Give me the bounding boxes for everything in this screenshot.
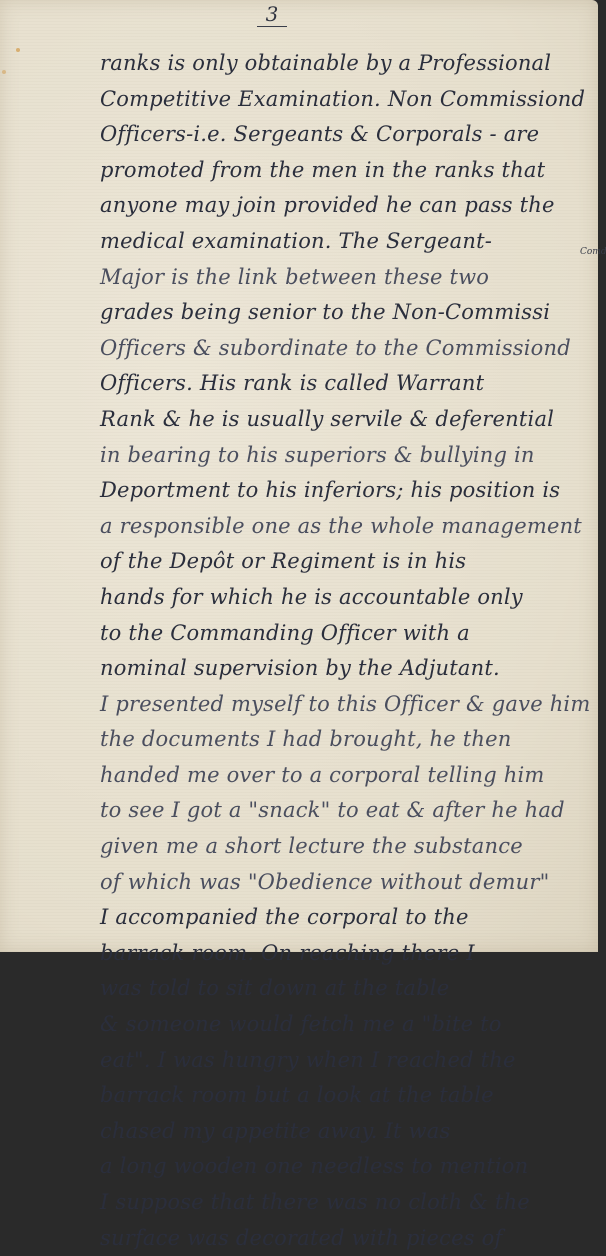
text-line: the documents I had brought, he then <box>100 722 600 758</box>
text-line: in bearing to his superiors & bullying i… <box>100 438 600 474</box>
text-line: I accompanied the corporal to the <box>100 900 600 936</box>
text-line: a responsible one as the whole managemen… <box>100 509 600 545</box>
text-line: I presented myself to this Officer & gav… <box>100 687 600 723</box>
text-line: Competitive Examination. Non Commissiond <box>100 82 600 118</box>
text-line: ranks is only obtainable by a Profession… <box>100 46 600 82</box>
manuscript-page: 3 Comd ranks is only obtainable by a Pro… <box>0 0 598 952</box>
text-line: of the Depôt or Regiment is in his <box>100 544 600 580</box>
text-line: Rank & he is usually servile & deferenti… <box>100 402 600 438</box>
text-line: anyone may join provided he can pass the <box>100 188 600 224</box>
text-line: Deportment to his inferiors; his positio… <box>100 473 600 509</box>
text-line: of which was "Obedience without demur" <box>100 865 600 901</box>
text-line: Officers. His rank is called Warrant <box>100 366 600 402</box>
text-line: grades being senior to the Non-Commissi <box>100 295 600 331</box>
text-line: Major is the link between these two <box>100 260 600 296</box>
page-number: 3 <box>257 2 287 27</box>
text-line: to see I got a "snack" to eat & after he… <box>100 793 600 829</box>
text-line: barrack room. On reaching there I <box>100 936 600 960</box>
text-line: to the Commanding Officer with a <box>100 616 600 652</box>
text-line: handed me over to a corporal telling him <box>100 758 600 794</box>
text-line: given me a short lecture the substance <box>100 829 600 865</box>
handwritten-text: ranks is only obtainable by a Profession… <box>100 46 600 960</box>
text-line: medical examination. The Sergeant- <box>100 224 600 260</box>
text-line: hands for which he is accountable only <box>100 580 600 616</box>
text-line: Officers-i.e. Sergeants & Corporals - ar… <box>100 117 600 153</box>
text-line: Officers & subordinate to the Commission… <box>100 331 600 367</box>
text-line: promoted from the men in the ranks that <box>100 153 600 189</box>
ink-stain <box>16 48 20 52</box>
text-line: nominal supervision by the Adjutant. <box>100 651 600 687</box>
ink-stain <box>2 70 6 74</box>
